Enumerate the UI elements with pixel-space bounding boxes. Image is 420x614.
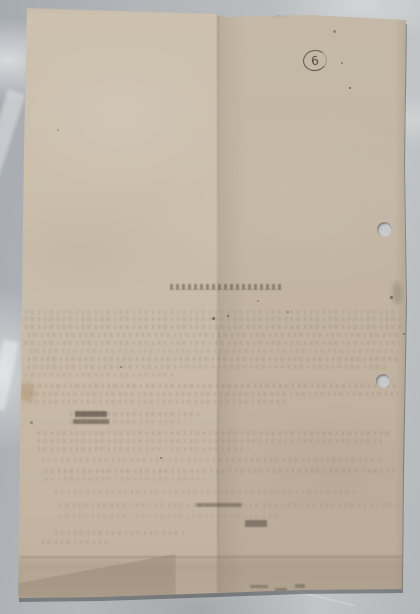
pencil-mark [250,585,268,588]
faint-text-line [25,325,403,329]
faint-text-line [42,540,112,544]
dark-text-fragment [73,419,109,424]
paper-stain [392,282,402,304]
paper-stain [270,8,288,16]
punch-hole [376,374,390,388]
faint-text-line [55,531,185,535]
faint-text-line [25,373,175,377]
dark-text-fragment [75,411,107,417]
faint-text-line [38,431,393,435]
ink-speck [257,300,259,302]
faint-title-line [170,284,282,290]
faint-text-line [38,439,383,443]
faint-text-line [28,365,388,369]
faint-text-line [30,400,290,404]
ink-speck [403,333,405,335]
photo-of-document: 6 [0,0,420,614]
ink-speck [227,315,229,317]
faint-text-line [38,447,248,451]
ink-speck [212,317,215,320]
ink-speck [277,12,281,16]
faint-text-line [55,490,355,494]
faint-text-line [42,458,382,462]
ink-speck [341,62,343,64]
paper-stain [20,382,34,402]
ink-speck [30,421,33,424]
faint-text-line [60,514,280,518]
ink-speck [349,87,351,89]
handwritten-circled-number: 6 [302,48,329,72]
ink-speck [120,366,122,368]
faint-text-line [25,317,405,321]
dark-text-fragment [196,503,242,507]
faint-text-line [25,341,400,345]
faint-text-line [32,384,397,388]
faint-text-line [30,349,398,353]
ink-speck [333,30,336,33]
faint-text-line [30,392,398,396]
ink-speck [57,129,59,131]
light-reflection [0,339,19,411]
document-page: 6 [0,0,420,614]
dark-text-fragment [245,520,267,527]
faint-text-line [45,477,205,481]
faint-text-line [45,469,395,473]
light-reflection [0,89,25,180]
pencil-mark [295,584,305,588]
ink-speck [287,311,289,313]
faint-text-line [25,310,400,314]
ink-speck [160,457,162,459]
punch-hole [377,222,392,237]
horizontal-fold-crease [20,556,402,558]
faint-text-line [28,333,400,337]
faint-text-line [28,357,398,361]
